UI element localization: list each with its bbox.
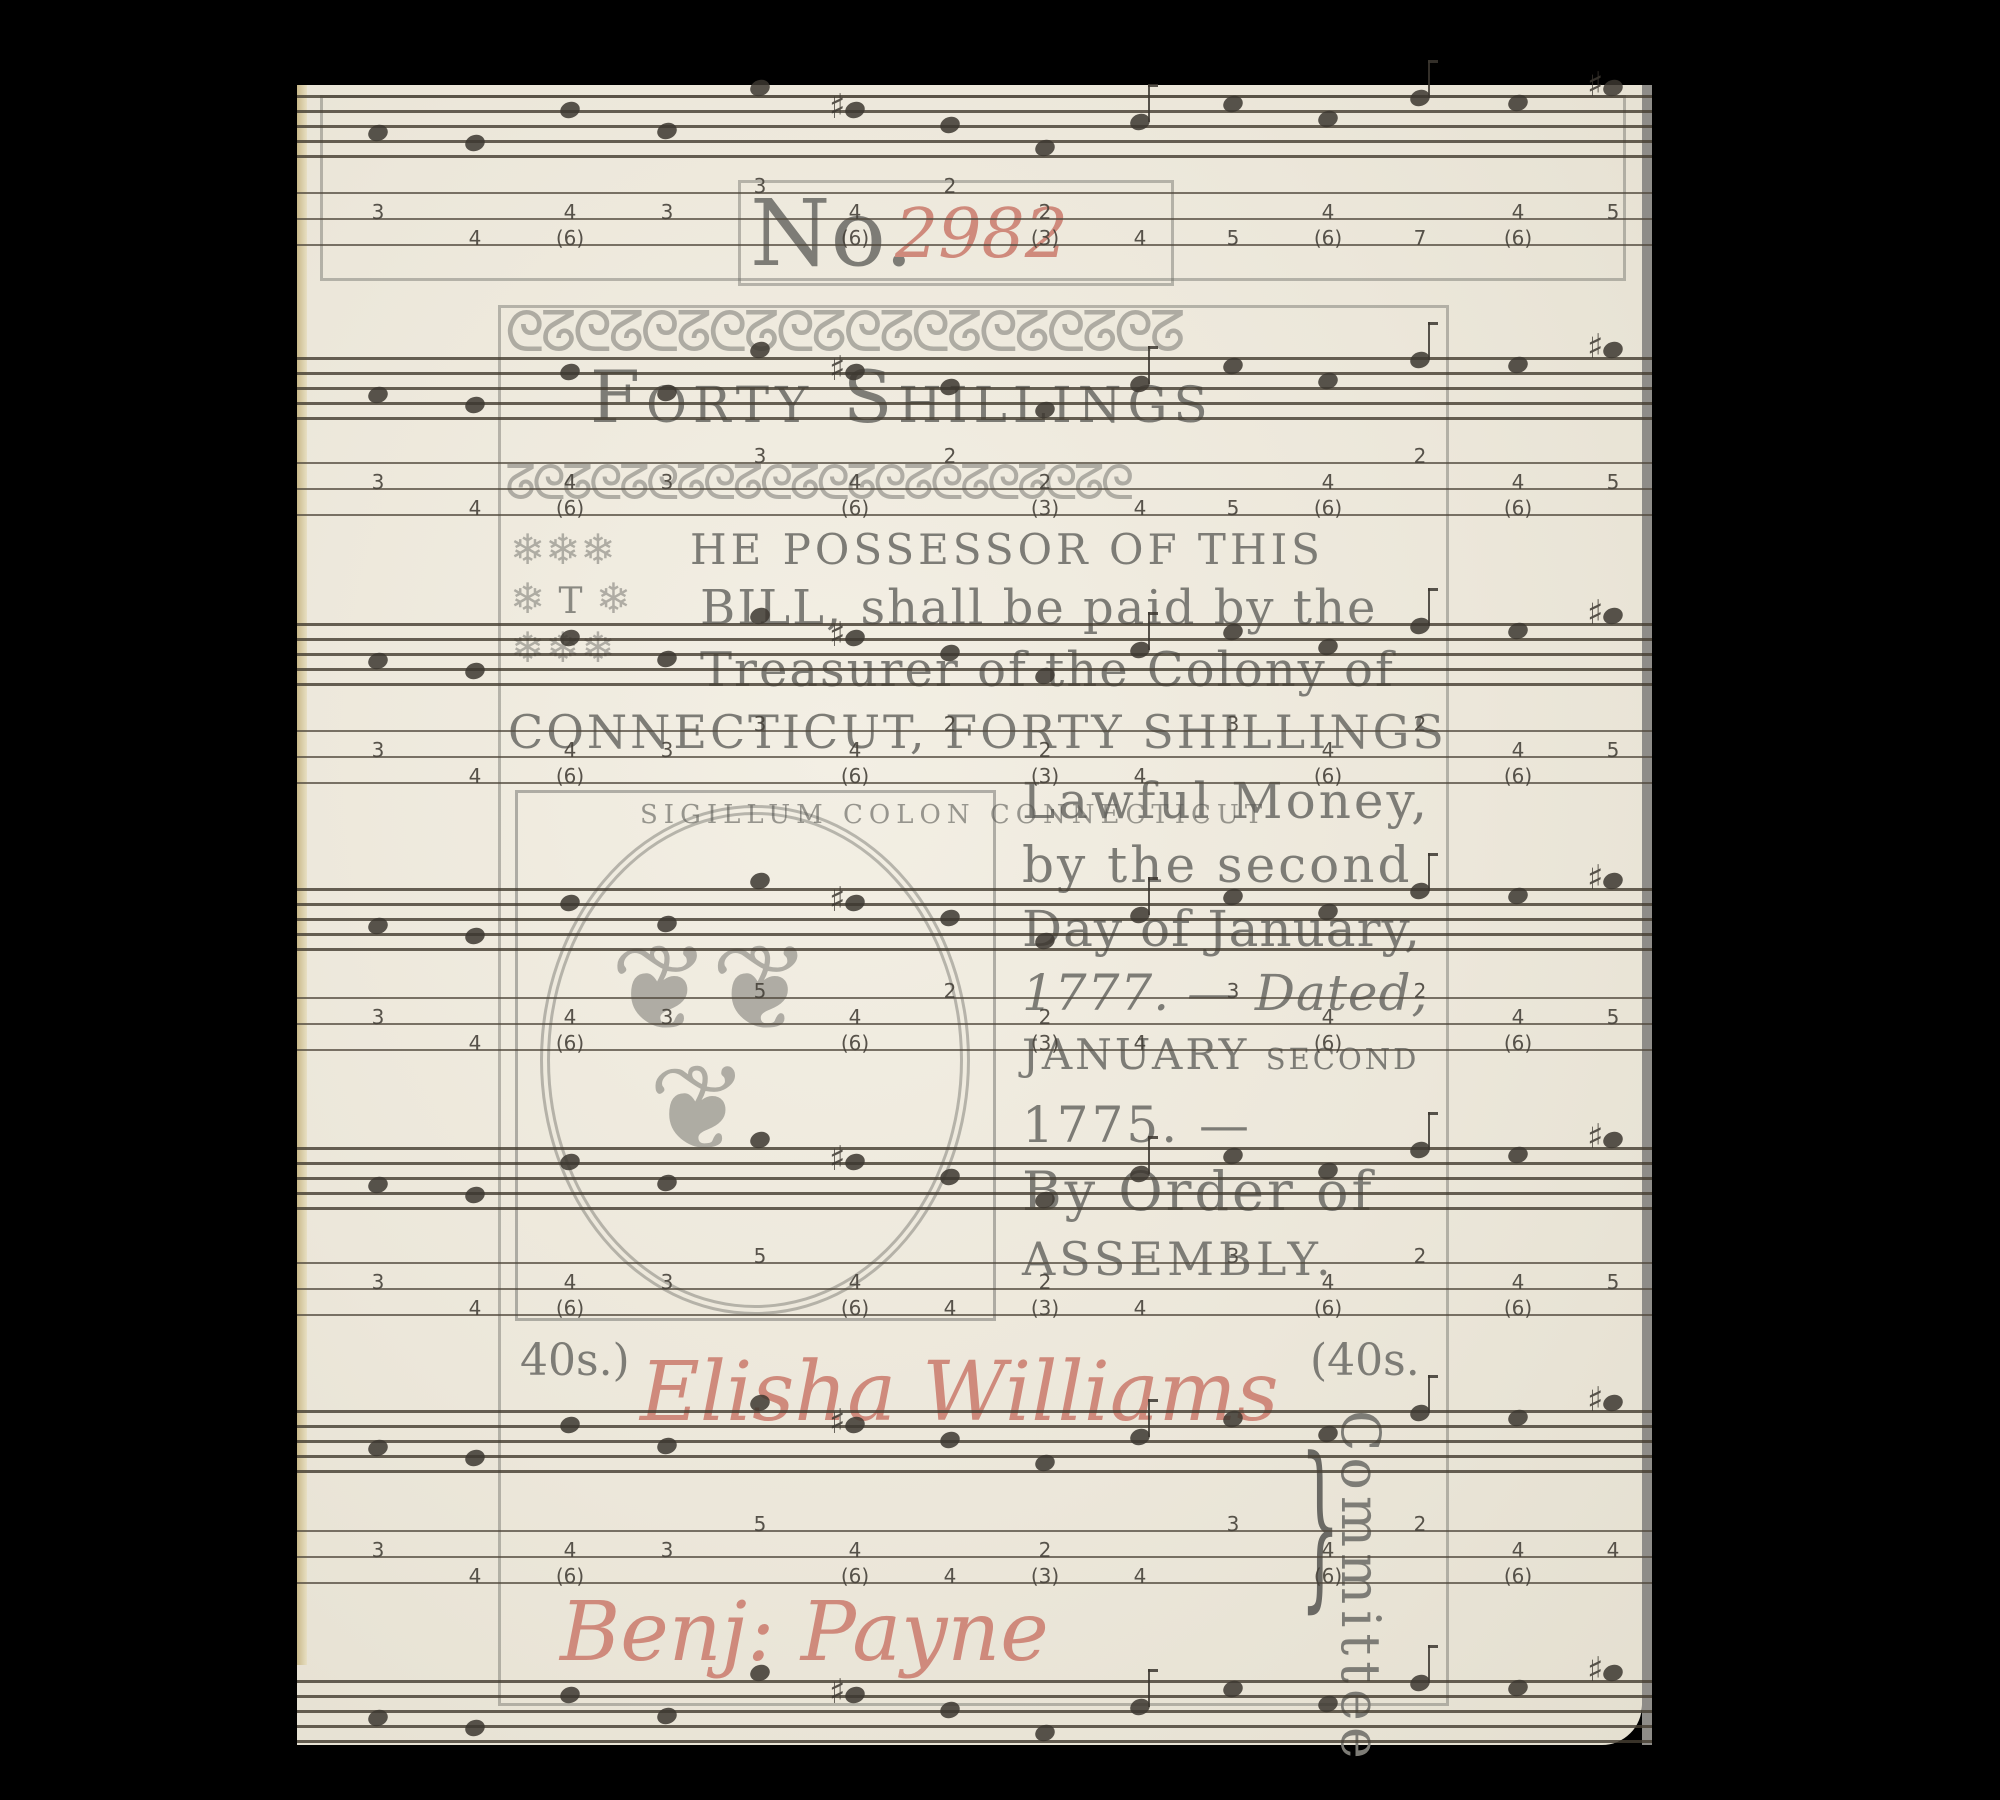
tab-number-lower: 4 — [455, 1033, 495, 1053]
staff-line — [297, 1695, 1652, 1698]
staff-line — [297, 1162, 1652, 1165]
tab-number-upper: 3 — [1213, 1514, 1253, 1534]
staff-line — [297, 417, 1652, 420]
note-flag — [1428, 588, 1438, 591]
staff-line — [297, 372, 1652, 375]
tab-number: 3 — [358, 1272, 398, 1292]
tab-number: 3 — [358, 740, 398, 760]
note-flag — [1148, 1136, 1158, 1139]
tab-number-lower: 4 — [930, 1566, 970, 1586]
staff-line — [297, 1455, 1652, 1458]
staff-line — [297, 110, 1652, 113]
tab-line — [297, 1288, 1652, 1290]
staff-line — [297, 1410, 1652, 1413]
tab-line — [297, 1582, 1652, 1584]
tab-number: 4 — [1498, 202, 1538, 222]
note-stem — [1428, 1112, 1430, 1150]
tab-number-lower: (6) — [1498, 1033, 1538, 1053]
tab-number-lower: 4 — [1120, 228, 1160, 248]
tab-number-lower: (6) — [1308, 228, 1348, 248]
tab-number-upper: 2 — [1400, 714, 1440, 734]
tab-number-lower: 4 — [1120, 1566, 1160, 1586]
tab-number-upper: 5 — [740, 1246, 780, 1266]
tab-number-lower: (6) — [1498, 498, 1538, 518]
staff-line — [297, 888, 1652, 891]
staff-line — [297, 125, 1652, 128]
tab-number-lower: (6) — [835, 766, 875, 786]
tab-number: 3 — [647, 1007, 687, 1027]
note-stem — [1148, 1136, 1150, 1174]
tab-number: 2 — [1025, 1540, 1065, 1560]
tab-number: 4 — [1308, 740, 1348, 760]
tab-number: 3 — [647, 1272, 687, 1292]
tab-number-lower: 4 — [930, 1298, 970, 1318]
tab-number-upper: 2 — [930, 176, 970, 196]
tab-number-lower: 7 — [1400, 228, 1440, 248]
tab-number: 2 — [1025, 1007, 1065, 1027]
tab-number-lower: (6) — [1308, 766, 1348, 786]
note-flag — [1428, 1375, 1438, 1378]
tab-number: 4 — [550, 1540, 590, 1560]
tab-number-lower: (6) — [550, 1033, 590, 1053]
tab-number: 5 — [1593, 472, 1633, 492]
tab-number: 5 — [1593, 1007, 1633, 1027]
tab-line — [297, 730, 1652, 732]
tab-number-lower: 4 — [455, 1566, 495, 1586]
tab-number-upper: 3 — [1213, 1246, 1253, 1266]
tab-line — [297, 1314, 1652, 1316]
note-stem — [1148, 1669, 1150, 1707]
body-line-9: JANUARY second — [1022, 1030, 1419, 1079]
tab-number: 4 — [550, 202, 590, 222]
note-stem — [1428, 60, 1430, 98]
staff-line — [297, 387, 1652, 390]
note-stem — [1428, 322, 1430, 360]
tab-line — [297, 1023, 1652, 1025]
tab-number: 3 — [647, 740, 687, 760]
staff-line — [297, 1440, 1652, 1443]
note-stem — [1148, 84, 1150, 122]
note-stem — [1428, 1375, 1430, 1413]
staff-line — [297, 918, 1652, 921]
tab-number: 4 — [550, 740, 590, 760]
sharp-icon: ♯ — [829, 1405, 845, 1439]
staff-line — [297, 933, 1652, 936]
staff-line — [297, 653, 1652, 656]
serial-label: No. — [750, 180, 914, 287]
tab-number-lower: (3) — [1025, 1033, 1065, 1053]
staff-line — [297, 1740, 1652, 1743]
tab-number: 4 — [1308, 1540, 1348, 1560]
tab-number: 5 — [1593, 1272, 1633, 1292]
sharp-icon: ♯ — [829, 90, 845, 124]
note-flag — [1148, 84, 1158, 87]
body-line-6: by the second — [1022, 836, 1413, 894]
tab-number: 2 — [1025, 472, 1065, 492]
staff-line — [297, 638, 1652, 641]
tab-number-lower: (6) — [1308, 1298, 1348, 1318]
staff-line — [297, 1725, 1652, 1728]
seal-inscription: SIGILLUM COLON CONNECTICUT — [640, 800, 1268, 830]
note-stem — [1148, 612, 1150, 650]
note-flag — [1428, 322, 1438, 325]
tab-number-upper: 5 — [740, 1514, 780, 1534]
tab-number-lower: (3) — [1025, 498, 1065, 518]
sharp-icon: ♯ — [1587, 596, 1603, 630]
staff-line — [297, 1425, 1652, 1428]
tab-number-upper: 2 — [1400, 981, 1440, 1001]
note-stem — [1428, 853, 1430, 891]
tab-line — [297, 756, 1652, 758]
tab-number-lower: 5 — [1213, 228, 1253, 248]
tab-number-lower: (6) — [835, 1298, 875, 1318]
tab-line — [297, 997, 1652, 999]
body-line-1: HE POSSESSOR OF THIS — [690, 525, 1324, 574]
tab-line — [297, 462, 1652, 464]
tab-number-upper: 2 — [930, 981, 970, 1001]
body-line-12: ASSEMBLY. — [1022, 1232, 1335, 1286]
note-flag — [1428, 1112, 1438, 1115]
tab-number: 3 — [358, 202, 398, 222]
tab-number: 4 — [835, 1272, 875, 1292]
tab-number: 4 — [1308, 1007, 1348, 1027]
tab-number-lower: (6) — [550, 1298, 590, 1318]
tab-number: 4 — [1308, 1272, 1348, 1292]
staff-line — [297, 155, 1652, 158]
tab-number: 2 — [1025, 1272, 1065, 1292]
paper-left-edge — [297, 85, 307, 1665]
note-stem — [1148, 1399, 1150, 1437]
staff-line — [297, 1192, 1652, 1195]
note-flag — [1148, 612, 1158, 615]
staff-line — [297, 683, 1652, 686]
staff-line — [297, 903, 1652, 906]
tab-number-lower: (6) — [550, 766, 590, 786]
tab-line — [297, 1530, 1652, 1532]
tab-number: 4 — [1308, 202, 1348, 222]
tab-number-lower: (6) — [1308, 1033, 1348, 1053]
sharp-icon: ♯ — [1587, 1653, 1603, 1687]
tab-line — [297, 1049, 1652, 1051]
tab-number-lower: (6) — [550, 1566, 590, 1586]
tab-line — [297, 192, 1652, 194]
tab-line — [297, 514, 1652, 516]
staff-line — [297, 1147, 1652, 1150]
staff-line — [297, 95, 1652, 98]
tab-line — [297, 1262, 1652, 1264]
staff-line — [297, 668, 1652, 671]
staff-line — [297, 140, 1652, 143]
tab-number: 4 — [550, 1272, 590, 1292]
tab-number: 4 — [550, 472, 590, 492]
tab-number: 4 — [1498, 740, 1538, 760]
tab-number: 5 — [1593, 740, 1633, 760]
tab-number: 5 — [1593, 202, 1633, 222]
tab-line — [297, 244, 1652, 246]
tab-number-lower: 4 — [455, 1298, 495, 1318]
tab-number-lower: (3) — [1025, 766, 1065, 786]
staff-line — [297, 1680, 1652, 1683]
tab-number-lower: (6) — [550, 498, 590, 518]
tab-number: 4 — [550, 1007, 590, 1027]
tab-number-lower: 4 — [1120, 766, 1160, 786]
tab-number: 3 — [647, 472, 687, 492]
note-stem — [1428, 1645, 1430, 1683]
paper-shadow-edge — [1642, 85, 1652, 1745]
staff-line — [297, 1470, 1652, 1473]
tab-number-lower: (6) — [1498, 228, 1538, 248]
tab-number-lower: 4 — [455, 498, 495, 518]
sharp-icon: ♯ — [829, 883, 845, 917]
staff-line — [297, 623, 1652, 626]
sharp-icon: ♯ — [1587, 1383, 1603, 1417]
denomination-right: (40s. — [1310, 1335, 1420, 1386]
tab-number-upper: 2 — [930, 446, 970, 466]
denomination-left: 40s.) — [520, 1335, 630, 1386]
tab-number-upper: 2 — [1400, 1246, 1440, 1266]
tab-number-lower: (6) — [1498, 1566, 1538, 1586]
tab-number-upper: 2 — [1400, 1514, 1440, 1534]
note-flag — [1428, 60, 1438, 63]
note-flag — [1148, 1399, 1158, 1402]
tab-number: 4 — [835, 472, 875, 492]
tab-number: 4 — [1498, 472, 1538, 492]
tab-number: 4 — [1498, 1540, 1538, 1560]
staff-line — [297, 1207, 1652, 1210]
tab-number: 4 — [1593, 1540, 1633, 1560]
tab-number-upper: 3 — [1213, 981, 1253, 1001]
tab-number: 4 — [835, 202, 875, 222]
staff-line — [297, 1177, 1652, 1180]
note-stem — [1428, 588, 1430, 626]
body-line-10: 1775. — — [1022, 1096, 1252, 1154]
tab-number-lower: 5 — [1213, 498, 1253, 518]
tab-number-lower: (3) — [1025, 228, 1065, 248]
bill-title: Forty Shillings — [590, 355, 1214, 439]
sharp-icon: ♯ — [1587, 861, 1603, 895]
tab-number-upper: 3 — [740, 714, 780, 734]
tab-number-lower: (3) — [1025, 1298, 1065, 1318]
sharp-icon: ♯ — [1587, 330, 1603, 364]
note-stem — [1148, 346, 1150, 384]
tab-number: 4 — [1308, 472, 1348, 492]
tab-number-lower: (6) — [1498, 766, 1538, 786]
tab-number: 3 — [358, 1540, 398, 1560]
tab-number: 4 — [1498, 1007, 1538, 1027]
tab-number-lower: 4 — [455, 228, 495, 248]
tab-number-lower: (6) — [1308, 498, 1348, 518]
tab-number-lower: (6) — [835, 1033, 875, 1053]
sharp-icon: ♯ — [829, 352, 845, 386]
tab-number-upper: 3 — [740, 176, 780, 196]
tab-line — [297, 218, 1652, 220]
tab-number-lower: (6) — [1498, 1298, 1538, 1318]
staff-line — [297, 1710, 1652, 1713]
tab-number: 3 — [358, 472, 398, 492]
tab-number-lower: (6) — [1308, 1566, 1348, 1586]
signature-2: Benj: Payne — [560, 1585, 1049, 1680]
tab-number: 4 — [835, 1540, 875, 1560]
tab-number-upper: 3 — [1213, 714, 1253, 734]
tab-number: 3 — [358, 1007, 398, 1027]
tab-number: 4 — [1498, 1272, 1538, 1292]
drop-cap: T — [559, 581, 583, 622]
sharp-icon: ♯ — [829, 1675, 845, 1709]
note-flag — [1428, 853, 1438, 856]
tab-number-upper: 5 — [740, 981, 780, 1001]
staff-line — [297, 948, 1652, 951]
note-flag — [1148, 346, 1158, 349]
tab-number: 3 — [647, 202, 687, 222]
tab-number: 4 — [835, 1007, 875, 1027]
tab-number: 3 — [647, 1540, 687, 1560]
tab-number-lower: (6) — [550, 228, 590, 248]
tab-number-lower: (6) — [835, 498, 875, 518]
tab-number-lower: 4 — [455, 766, 495, 786]
tab-number-lower: (6) — [835, 1566, 875, 1586]
tab-number-upper: 3 — [740, 446, 780, 466]
sharp-icon: ♯ — [829, 618, 845, 652]
tab-number-upper: 2 — [1400, 446, 1440, 466]
tab-number-lower: (6) — [835, 228, 875, 248]
tab-number-lower: 4 — [1120, 1033, 1160, 1053]
tab-number: 2 — [1025, 202, 1065, 222]
tab-number: 2 — [1025, 740, 1065, 760]
sharp-icon: ♯ — [829, 1142, 845, 1176]
tab-number: 4 — [835, 740, 875, 760]
note-flag — [1148, 1669, 1158, 1672]
tab-line — [297, 782, 1652, 784]
tab-line — [297, 1556, 1652, 1558]
staff-line — [297, 357, 1652, 360]
tab-line — [297, 488, 1652, 490]
staff-line — [297, 402, 1652, 405]
sharp-icon: ♯ — [1587, 1120, 1603, 1154]
note-flag — [1428, 1645, 1438, 1648]
note-flag — [1148, 877, 1158, 880]
tab-number-lower: 4 — [1120, 1298, 1160, 1318]
tab-number-lower: (3) — [1025, 1566, 1065, 1586]
snowflake-ornaments: ❄❄❄❄ T ❄❄❄❄ — [510, 525, 631, 672]
tab-number-upper: 2 — [930, 714, 970, 734]
tab-number-lower: 4 — [1120, 498, 1160, 518]
body-line-2: BILL, shall be paid by the — [700, 580, 1377, 636]
sharp-icon: ♯ — [1587, 68, 1603, 102]
note-stem — [1148, 877, 1150, 915]
